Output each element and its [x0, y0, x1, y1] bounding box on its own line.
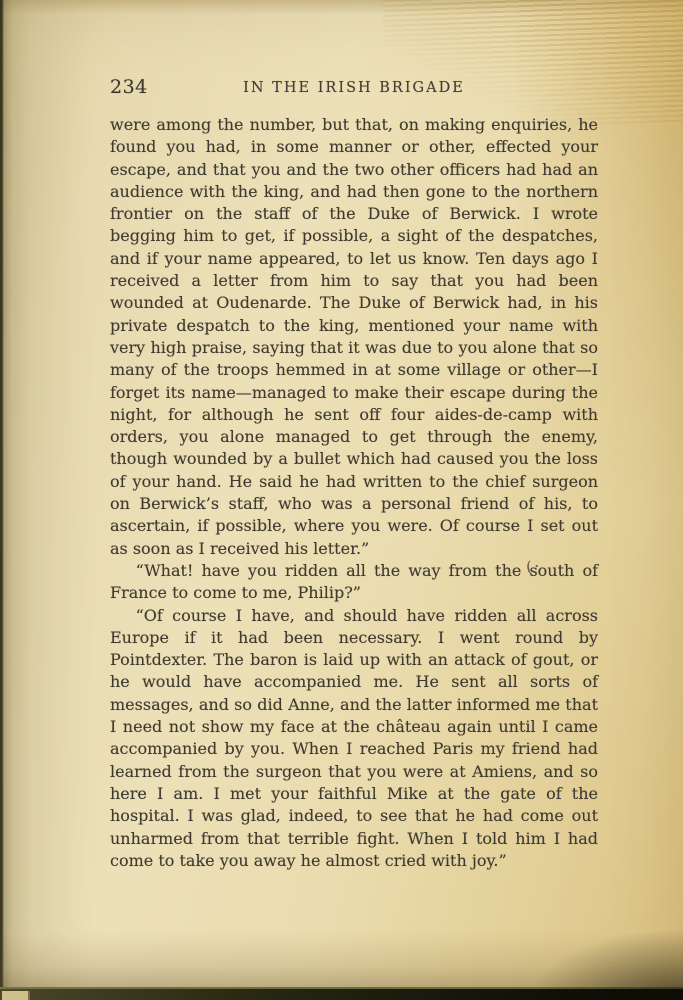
bottom-right-dark-corner	[533, 930, 683, 1000]
left-margin-shading	[0, 0, 95, 1000]
top-edge-shading	[0, 0, 683, 14]
book-page-scan: 234 IN THE IRISH BRIGADE were among the …	[0, 0, 683, 1000]
paragraph: “What! have you ridden all the way from …	[110, 560, 598, 605]
paragraph: were among the number, but that, on maki…	[110, 114, 598, 560]
ink-smudge-artifact: (·	[525, 556, 543, 577]
left-binding-edge	[0, 0, 30, 1000]
page-edge-streaks	[383, 0, 683, 125]
running-header: IN THE IRISH BRIGADE	[110, 80, 598, 96]
bottom-scan-edge	[0, 987, 683, 1000]
bottom-page-shadow	[0, 932, 683, 990]
paragraph: “Of course I have, and should have ridde…	[110, 605, 598, 873]
bottom-left-page-notch	[2, 991, 30, 1000]
page-body: were among the number, but that, on maki…	[110, 114, 598, 872]
